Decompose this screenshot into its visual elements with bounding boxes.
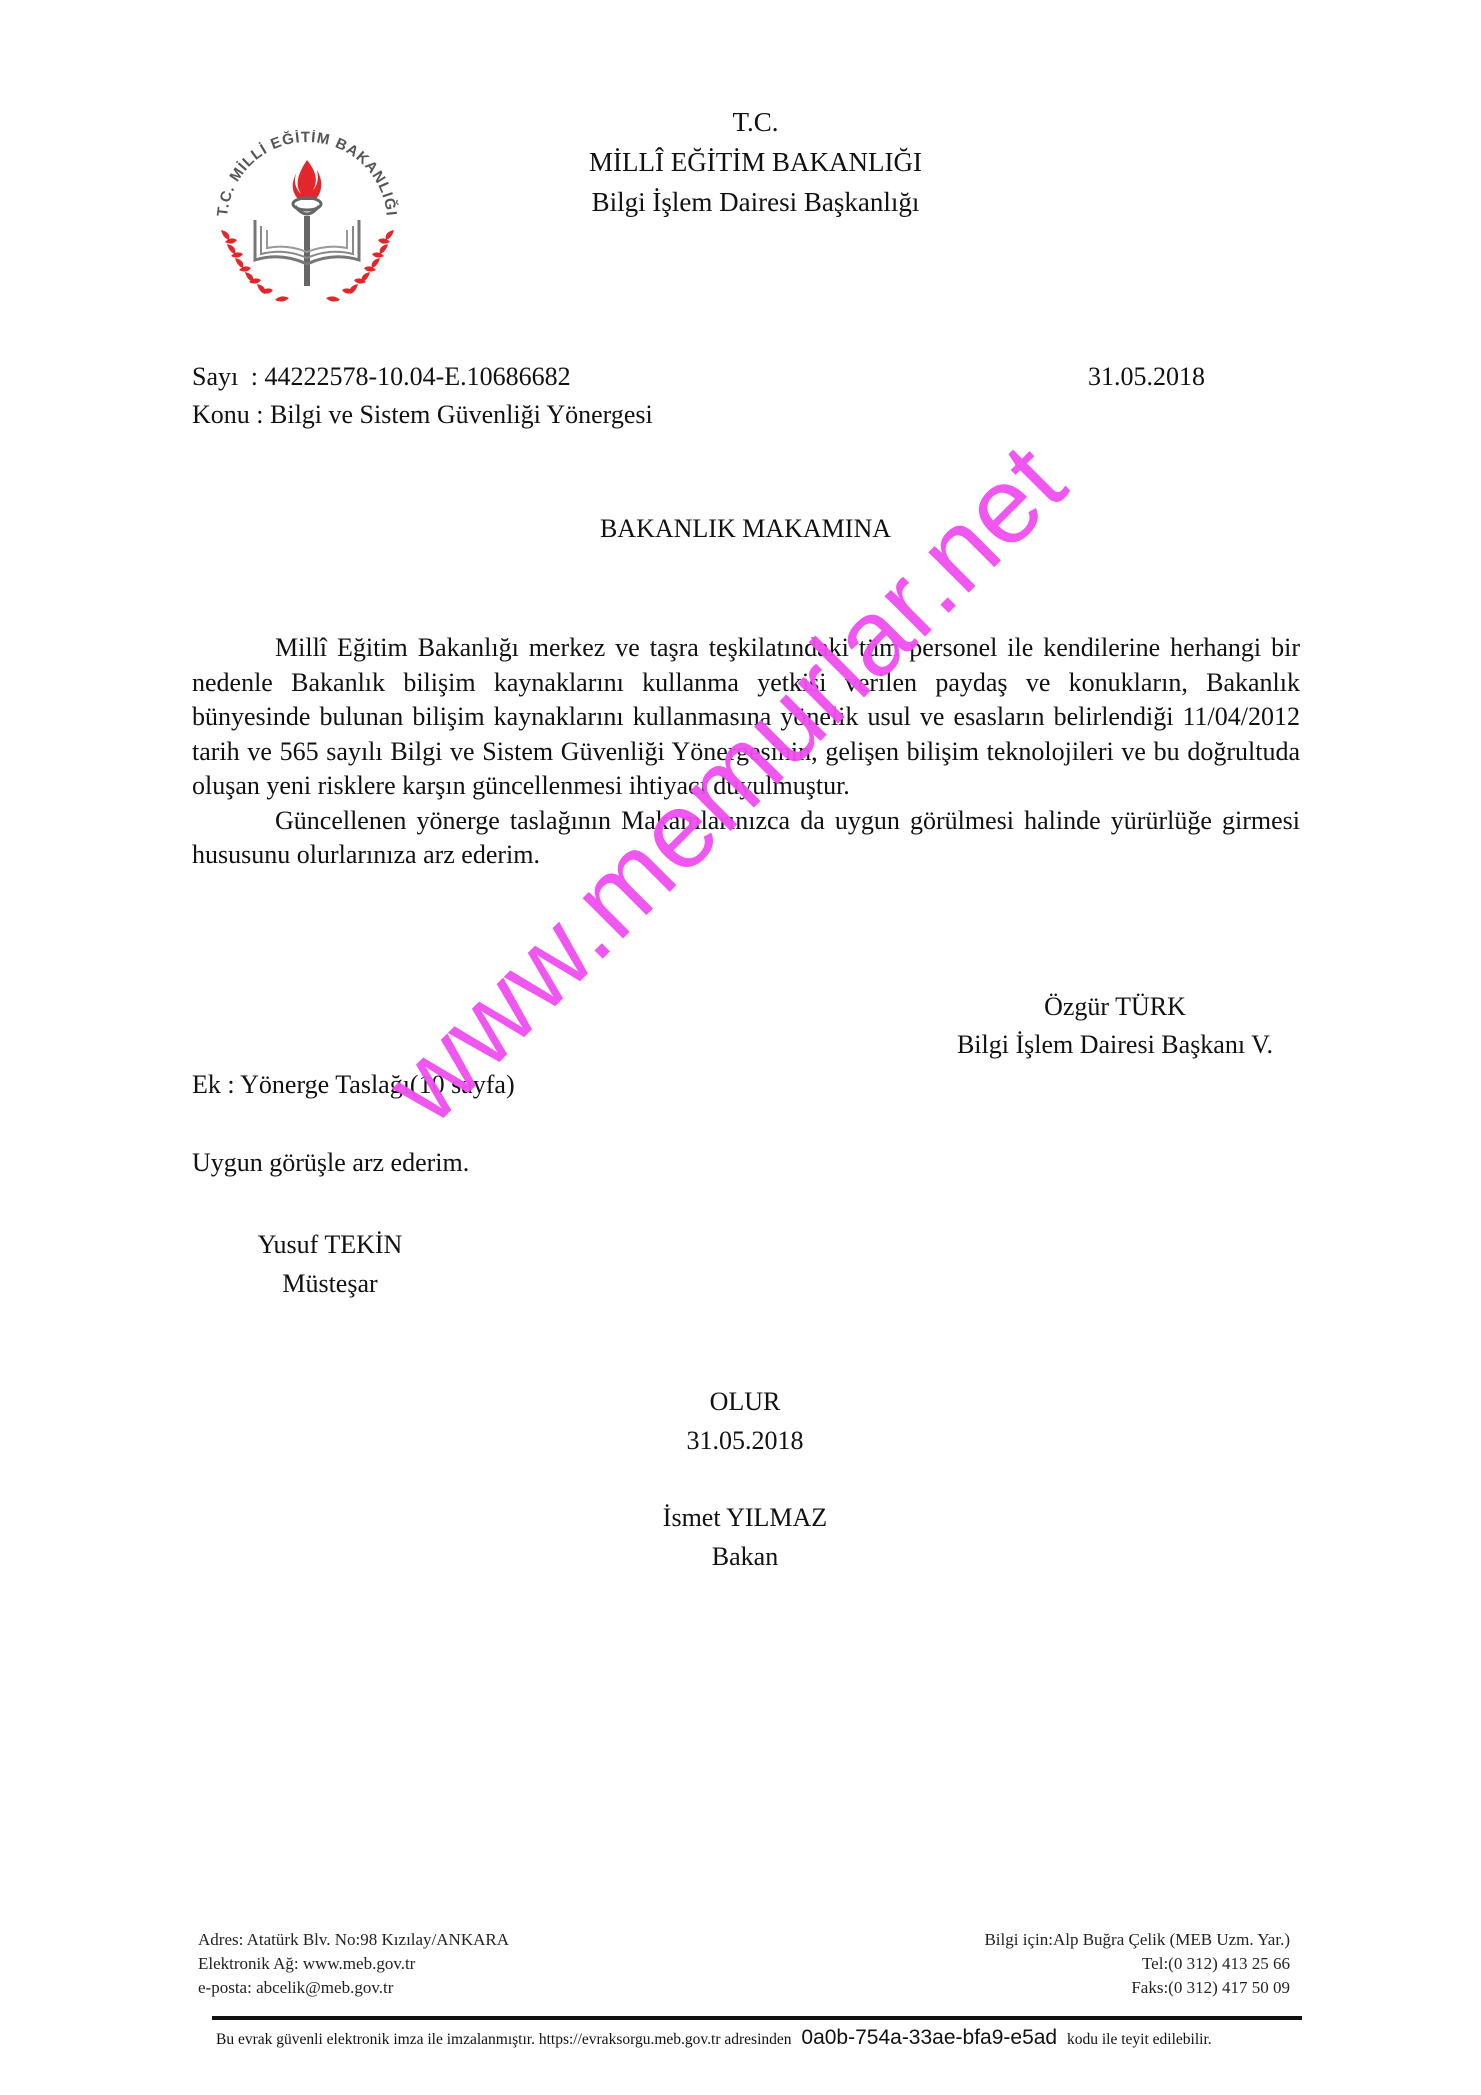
sayi-value: : 44222578-10.04-E.10686682 bbox=[251, 362, 571, 391]
footer-contact-left: Adres: Atatürk Blv. No:98 Kızılay/ANKARA… bbox=[198, 1928, 509, 2000]
minister-signature: İsmet YILMAZ Bakan bbox=[600, 1498, 890, 1576]
letter-body: Millî Eğitim Bakanlığı merkez ve taşra t… bbox=[192, 631, 1300, 873]
signatory-right: Özgür TÜRK Bilgi İşlem Dairesi Başkanı V… bbox=[930, 988, 1300, 1064]
konu-value: : Bilgi ve Sistem Güvenliği Yönergesi bbox=[256, 400, 652, 429]
letterhead-tc: T.C. bbox=[30, 102, 1481, 142]
verify-code: 0a0b-754a-33ae-bfa9-e5ad bbox=[801, 2026, 1057, 2049]
letterhead-ministry: MİLLÎ EĞİTİM BAKANLIĞI bbox=[30, 142, 1481, 182]
body-paragraph: Güncellenen yönerge taslağının Makamları… bbox=[192, 804, 1300, 873]
minister-title: Bakan bbox=[600, 1537, 890, 1576]
reference-number: Sayı : 44222578-10.04-E.10686682 bbox=[192, 358, 571, 396]
document-date: 31.05.2018 bbox=[1088, 358, 1205, 396]
subject-line: Konu : Bilgi ve Sistem Güvenliği Yönerge… bbox=[192, 396, 653, 434]
signatory-right-title: Bilgi İşlem Dairesi Başkanı V. bbox=[930, 1026, 1300, 1064]
footer-fax: Faks:(0 312) 417 50 09 bbox=[900, 1976, 1290, 2000]
letterhead: T.C. MİLLÎ EĞİTİM BAKANLIĞI Bilgi İşlem … bbox=[0, 102, 1481, 222]
minister-name: İsmet YILMAZ bbox=[600, 1498, 890, 1537]
addressee: BAKANLIK MAKAMINA bbox=[0, 514, 1481, 544]
approval-block: OLUR 31.05.2018 bbox=[600, 1382, 890, 1460]
verify-suffix: kodu ile teyit edilebilir. bbox=[1067, 2031, 1212, 2048]
approval-date: 31.05.2018 bbox=[600, 1421, 890, 1460]
letterhead-department: Bilgi İşlem Dairesi Başkanlığı bbox=[30, 182, 1481, 222]
signatory-left-name: Yusuf TEKİN bbox=[230, 1225, 430, 1264]
body-paragraph: Millî Eğitim Bakanlığı merkez ve taşra t… bbox=[192, 631, 1300, 804]
endorsement-note: Uygun görüşle arz ederim. bbox=[192, 1148, 469, 1178]
signatory-left-title: Müsteşar bbox=[230, 1264, 430, 1303]
approval-label: OLUR bbox=[600, 1382, 890, 1421]
footer-email: e-posta: abcelik@meb.gov.tr bbox=[198, 1976, 509, 2000]
verify-prefix: Bu evrak güvenli elektronik imza ile imz… bbox=[216, 2031, 792, 2048]
footer-address: Adres: Atatürk Blv. No:98 Kızılay/ANKARA bbox=[198, 1928, 509, 1952]
footer-divider bbox=[212, 2016, 1302, 2020]
signatory-right-name: Özgür TÜRK bbox=[930, 988, 1300, 1026]
konu-label: Konu bbox=[192, 400, 250, 429]
e-signature-notice: Bu evrak güvenli elektronik imza ile imz… bbox=[216, 2026, 1212, 2050]
signatory-left: Yusuf TEKİN Müsteşar bbox=[230, 1225, 430, 1303]
footer-contact-right: Bilgi için:Alp Buğra Çelik (MEB Uzm. Yar… bbox=[900, 1928, 1290, 2000]
footer-website: Elektronik Ağ: www.meb.gov.tr bbox=[198, 1952, 509, 1976]
footer-phone: Tel:(0 312) 413 25 66 bbox=[900, 1952, 1290, 1976]
footer-info-contact: Bilgi için:Alp Buğra Çelik (MEB Uzm. Yar… bbox=[900, 1928, 1290, 1952]
attachment-note: Ek : Yönerge Taslağı(10 sayfa) bbox=[192, 1070, 515, 1100]
sayi-label: Sayı bbox=[192, 362, 238, 391]
